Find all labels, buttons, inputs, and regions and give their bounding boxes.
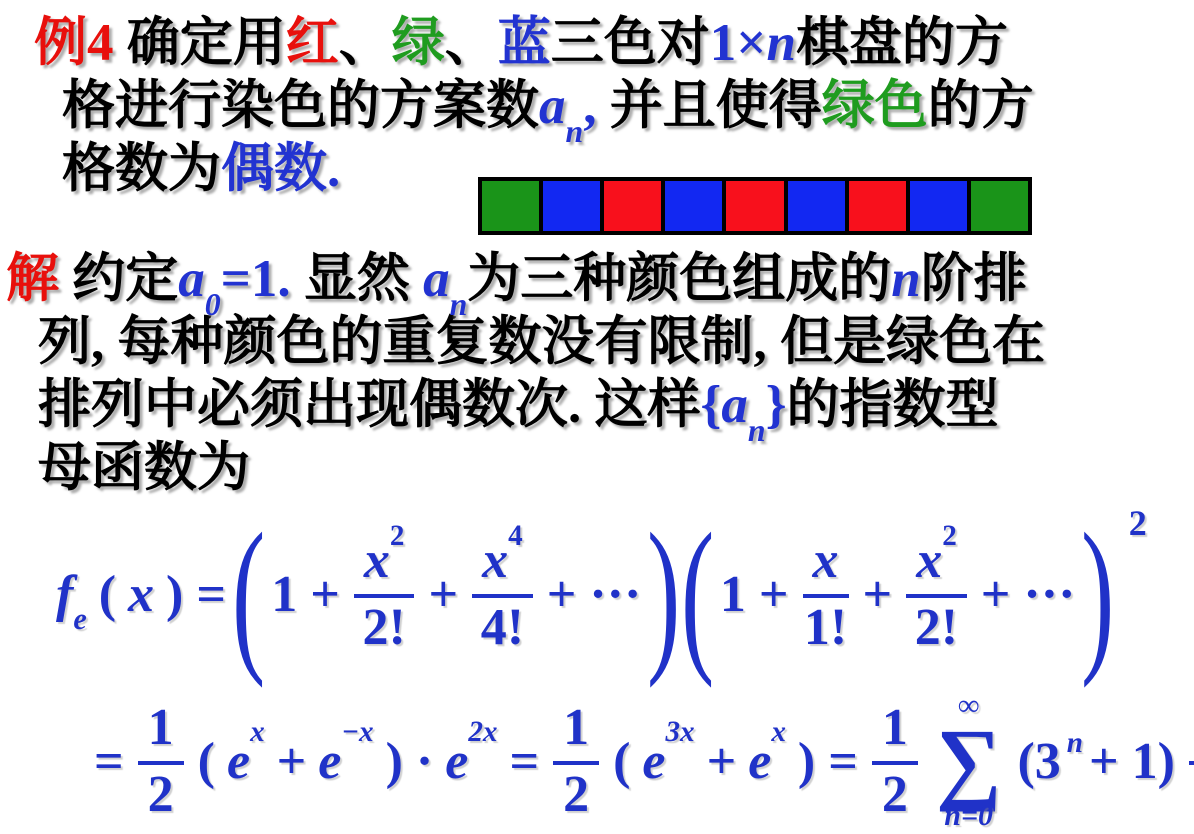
color-strip (478, 177, 1032, 235)
text-segment: 格数为 (62, 140, 221, 198)
numerator-base: x (916, 532, 942, 589)
slide: 例4 确定用红、绿、蓝三色对1×n棋盘的方 格进行染色的方案数an, 并且使得绿… (0, 0, 1194, 834)
board-cell-red (845, 181, 906, 231)
board-cell-blue (906, 181, 967, 231)
text-segment: 、 (339, 14, 392, 72)
big-close-paren-squared: )2 (1081, 517, 1132, 672)
math-sub-term: fe (56, 565, 87, 624)
math-text: 1 + (271, 565, 340, 624)
solution-line-3: 排列中必须出现偶数次. 这样{an}的指数型 (0, 374, 1045, 437)
math-text: + ··· (981, 565, 1076, 624)
math-text: + 1) (1089, 732, 1175, 791)
math-text: ( (613, 732, 630, 791)
text-segment: 红 (286, 14, 339, 72)
subscript: 0 (205, 287, 221, 322)
math-fraction: 12 (138, 701, 184, 822)
solution-line-2: 列, 每种颜色的重复数没有限制, 但是绿色在 (0, 311, 1045, 374)
text-segment: 绿色 (822, 77, 928, 135)
denominator: 4! (481, 598, 524, 654)
math-fraction: x1! (803, 534, 849, 655)
subscript: n (566, 114, 584, 149)
math-base: e (642, 733, 665, 790)
text-segment: 偶数. (221, 140, 340, 198)
numerator: 1 (553, 701, 599, 766)
text-segment: 并且使得 (596, 77, 821, 135)
board-cell-green (967, 181, 1028, 231)
text-segment: 阶排 (921, 250, 1027, 308)
math-text: + (863, 565, 893, 624)
math-text: ( (198, 732, 215, 791)
math-power-term: e−x (318, 732, 373, 791)
text-segment: 约定 (59, 250, 178, 308)
math-text: + (428, 565, 458, 624)
math-base: e (318, 733, 341, 790)
math-fraction: xnn! (1189, 701, 1194, 822)
big-open-paren: ( (681, 517, 714, 672)
math-text: ) = (798, 732, 858, 791)
math-text: (3 (1017, 732, 1060, 791)
text-segment: 的指数型 (786, 376, 998, 434)
subscript: e (73, 602, 86, 636)
numerator: 1 (872, 701, 918, 766)
math-text: ) = (166, 565, 226, 624)
board-cell-blue (539, 181, 600, 231)
text-segment: 排列中必须出现偶数次. 这样 (38, 376, 701, 434)
math-fraction: 12 (553, 701, 599, 822)
board-cell-green (482, 181, 539, 231)
text-segment: =1. (221, 250, 291, 308)
math-text: + (277, 732, 307, 791)
numerator-exponent: 2 (390, 520, 405, 552)
formula-egf-closed-form: =12(ex+e−x) ·e2x=12(e3x+ex) =12∞∑n=0(3n+… (88, 688, 1194, 834)
solution-line-4: 母函数为 (0, 437, 1045, 500)
big-open-paren: ( (232, 517, 265, 672)
numerator-base: 1 (148, 699, 174, 756)
summation-lower-limit: n=0 (944, 801, 993, 831)
text-segment: 确定用 (114, 14, 286, 72)
numerator-base: 1 (563, 699, 589, 756)
text-segment: 列, 每种颜色的重复数没有限制, 但是绿色在 (38, 313, 1045, 371)
board-cell-red (600, 181, 661, 231)
math-fraction: 12 (872, 701, 918, 822)
text-segment: 母函数为 (38, 439, 250, 497)
math-text: ) · (386, 732, 434, 791)
text-segment: 的方 (928, 77, 1034, 135)
text-segment: { (701, 376, 722, 434)
math-variable: f (56, 566, 73, 623)
numerator-base: x (482, 532, 508, 589)
problem-line-2: 格进行染色的方案数an, 并且使得绿色的方 (0, 75, 1034, 138)
text-segment: an (721, 376, 765, 434)
big-close-paren: ) (1081, 517, 1114, 672)
text-segment: an (539, 77, 583, 135)
text-segment: } (766, 376, 787, 434)
numerator-base: x (364, 532, 390, 589)
problem-statement: 例4 确定用红、绿、蓝三色对1×n棋盘的方 格进行染色的方案数an, 并且使得绿… (0, 12, 1034, 201)
text-segment: 绿 (392, 14, 445, 72)
text-segment: 三色对 (551, 14, 710, 72)
text-segment: 棋盘的方 (796, 14, 1008, 72)
numerator-exponent: 2 (942, 520, 957, 552)
big-close-paren: ) (647, 517, 680, 672)
summation: ∞∑n=0 (936, 691, 1002, 832)
text-segment: 1× (710, 14, 767, 72)
math-base: e (748, 733, 771, 790)
numerator: x2 (906, 534, 967, 599)
math-exponent: x (771, 716, 786, 748)
numerator: 1 (138, 701, 184, 766)
math-power-term: e2x (445, 732, 497, 791)
math-base: e (445, 733, 468, 790)
math-exponent: 2x (468, 716, 497, 748)
text-segment: 蓝 (498, 14, 551, 72)
board-cell-blue (784, 181, 845, 231)
board-cell-blue (661, 181, 722, 231)
math-text: + ··· (547, 565, 642, 624)
text-segment: an (423, 250, 467, 308)
math-exponent: −x (341, 716, 373, 748)
math-fraction: x44! (472, 534, 533, 655)
text-segment: 、 (445, 14, 498, 72)
denominator: 1! (804, 598, 847, 654)
numerator: x (803, 534, 849, 599)
math-text: = (94, 732, 124, 791)
denominator: 2 (563, 765, 589, 821)
denominator: 2! (915, 598, 958, 654)
math-exponent: x (250, 716, 265, 748)
text-segment: 为三种颜色组成的 (467, 250, 891, 308)
text-segment: 格进行染色的方案数 (62, 77, 539, 135)
problem-line-1: 例4 确定用红、绿、蓝三色对1×n棋盘的方 (0, 12, 1034, 75)
solution-paragraph: 解 约定a0=1. 显然 an为三种颜色组成的n阶排 列, 每种颜色的重复数没有… (0, 248, 1045, 500)
text-segment: , (583, 77, 596, 135)
text-segment: 例4 (34, 14, 114, 72)
sigma-icon: ∑ (936, 721, 1002, 802)
math-fraction: x22! (354, 534, 415, 655)
subscript: n (450, 287, 468, 322)
text-segment: 显然 (291, 250, 424, 308)
text-segment: 解 (6, 250, 59, 308)
denominator: 2 (148, 765, 174, 821)
text-segment: a0 (178, 250, 220, 308)
subscript: n (748, 413, 766, 448)
math-variable: x (128, 565, 154, 624)
math-power-term: e3x (642, 732, 694, 791)
math-fraction: x22! (906, 534, 967, 655)
numerator: x2 (354, 534, 415, 599)
denominator: 2 (882, 765, 908, 821)
math-text: + (707, 732, 737, 791)
math-text: ( (99, 565, 116, 624)
formula-egf-expansion: fe(x) =(1 +x22!+x44!+ ···)(1 +x1!+x22!+ … (50, 498, 1133, 690)
math-exponent: 3x (666, 716, 695, 748)
math-power-term: ex (227, 732, 265, 791)
math-text: 1 + (720, 565, 789, 624)
math-power-term: ex (748, 732, 786, 791)
board-cell-red (722, 181, 783, 231)
text-segment: n (766, 14, 795, 72)
numerator-base: x (813, 532, 839, 589)
text-segment: n (891, 250, 920, 308)
math-text: = (509, 732, 539, 791)
denominator: 2! (363, 598, 406, 654)
math-base: e (227, 733, 250, 790)
numerator-base: 1 (882, 699, 908, 756)
numerator: x4 (472, 534, 533, 599)
solution-line-1: 解 约定a0=1. 显然 an为三种颜色组成的n阶排 (0, 248, 1045, 311)
numerator: xn (1189, 701, 1194, 766)
numerator-exponent: 4 (508, 520, 523, 552)
